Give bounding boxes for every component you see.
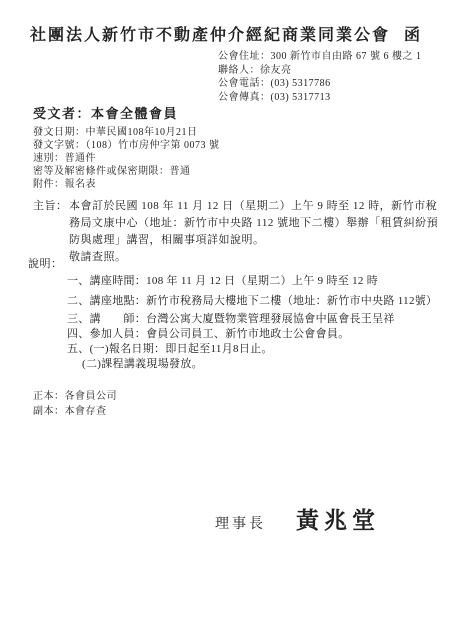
subject-label: 主旨： [33, 198, 69, 249]
letter-type-label: 函 [404, 27, 422, 44]
subject-closing: 敬請查照。 [69, 249, 448, 266]
list-item-lecturer: 三、講 師：台灣公寓大廈暨物業管理發展協會中區會長王呈祥 [67, 312, 448, 327]
issue-date-line: 發文日期：中華民國108年10月21日 [33, 126, 220, 139]
list-item-materials: (二)課程講義現場發放。 [67, 357, 448, 372]
official-letter-page: 社團法人新竹市不動產仲介經紀商業同業公會函 公會住址：300 新竹市自由路 67… [0, 0, 452, 640]
metadata-block: 發文日期：中華民國108年10月21日 發文字號：（108）竹市房仲字第 007… [33, 126, 220, 191]
list-item-location: 二、講座地點：新竹市稅務局大樓地下二樓（地址：新竹市中央路 112號） [67, 294, 448, 309]
association-address: 公會住址：300 新竹市自由路 67 號 6 樓之 1 [218, 50, 422, 64]
chairman-title: 理事長 [215, 513, 266, 533]
attachment-line: 附件：報名表 [33, 178, 220, 191]
chairman-name: 黃兆堂 [296, 502, 380, 535]
subject-section: 主旨： 本會訂於民國 108 年 11 月 12 日（星期二）上午 9 時至 1… [33, 198, 448, 266]
association-fax: 公會傳真：(03) 5317713 [218, 91, 422, 105]
document-title: 社團法人新竹市不動產仲介經紀商業同業公會函 [0, 22, 452, 45]
association-phone: 公會電話：(03) 5317786 [218, 77, 422, 91]
duplicate-copy-line: 副本：本會存查 [33, 405, 117, 420]
association-name: 社團法人新竹市不動產仲介經紀商業同業公會 [30, 27, 390, 44]
list-item-registration: 五、(一)報名日期：即日起至11月8日止。 [67, 342, 448, 357]
signature-block: 理事長 黃兆堂 [215, 502, 380, 535]
original-copy-line: 正本：各會員公司 [33, 390, 117, 405]
priority-line: 速別：普通件 [33, 152, 220, 165]
list-item-participants: 四、參加人員：會員公司員工、新竹市地政士公會會員。 [67, 327, 448, 342]
contact-person: 聯絡人：徐友亮 [218, 64, 422, 78]
explanation-list: 一、講座時間：108 年 11 月 12 日（星期二）上午 9 時至 12 時 … [67, 274, 448, 372]
confidentiality-line: 密等及解密條件或保密期限：普通 [33, 165, 220, 178]
subject-text: 本會訂於民國 108 年 11 月 12 日（星期二）上午 9 時至 12 時，… [69, 198, 448, 249]
list-item-time: 一、講座時間：108 年 11 月 12 日（星期二）上午 9 時至 12 時 [67, 274, 448, 289]
explanation-label: 說明： [28, 255, 63, 271]
contact-block: 公會住址：300 新竹市自由路 67 號 6 樓之 1 聯絡人：徐友亮 公會電話… [218, 50, 422, 104]
reference-number-line: 發文字號：（108）竹市房仲字第 0073 號 [33, 139, 220, 152]
recipient-line: 受文者：本會全體會員 [33, 103, 178, 122]
copies-block: 正本：各會員公司 副本：本會存查 [33, 390, 117, 419]
